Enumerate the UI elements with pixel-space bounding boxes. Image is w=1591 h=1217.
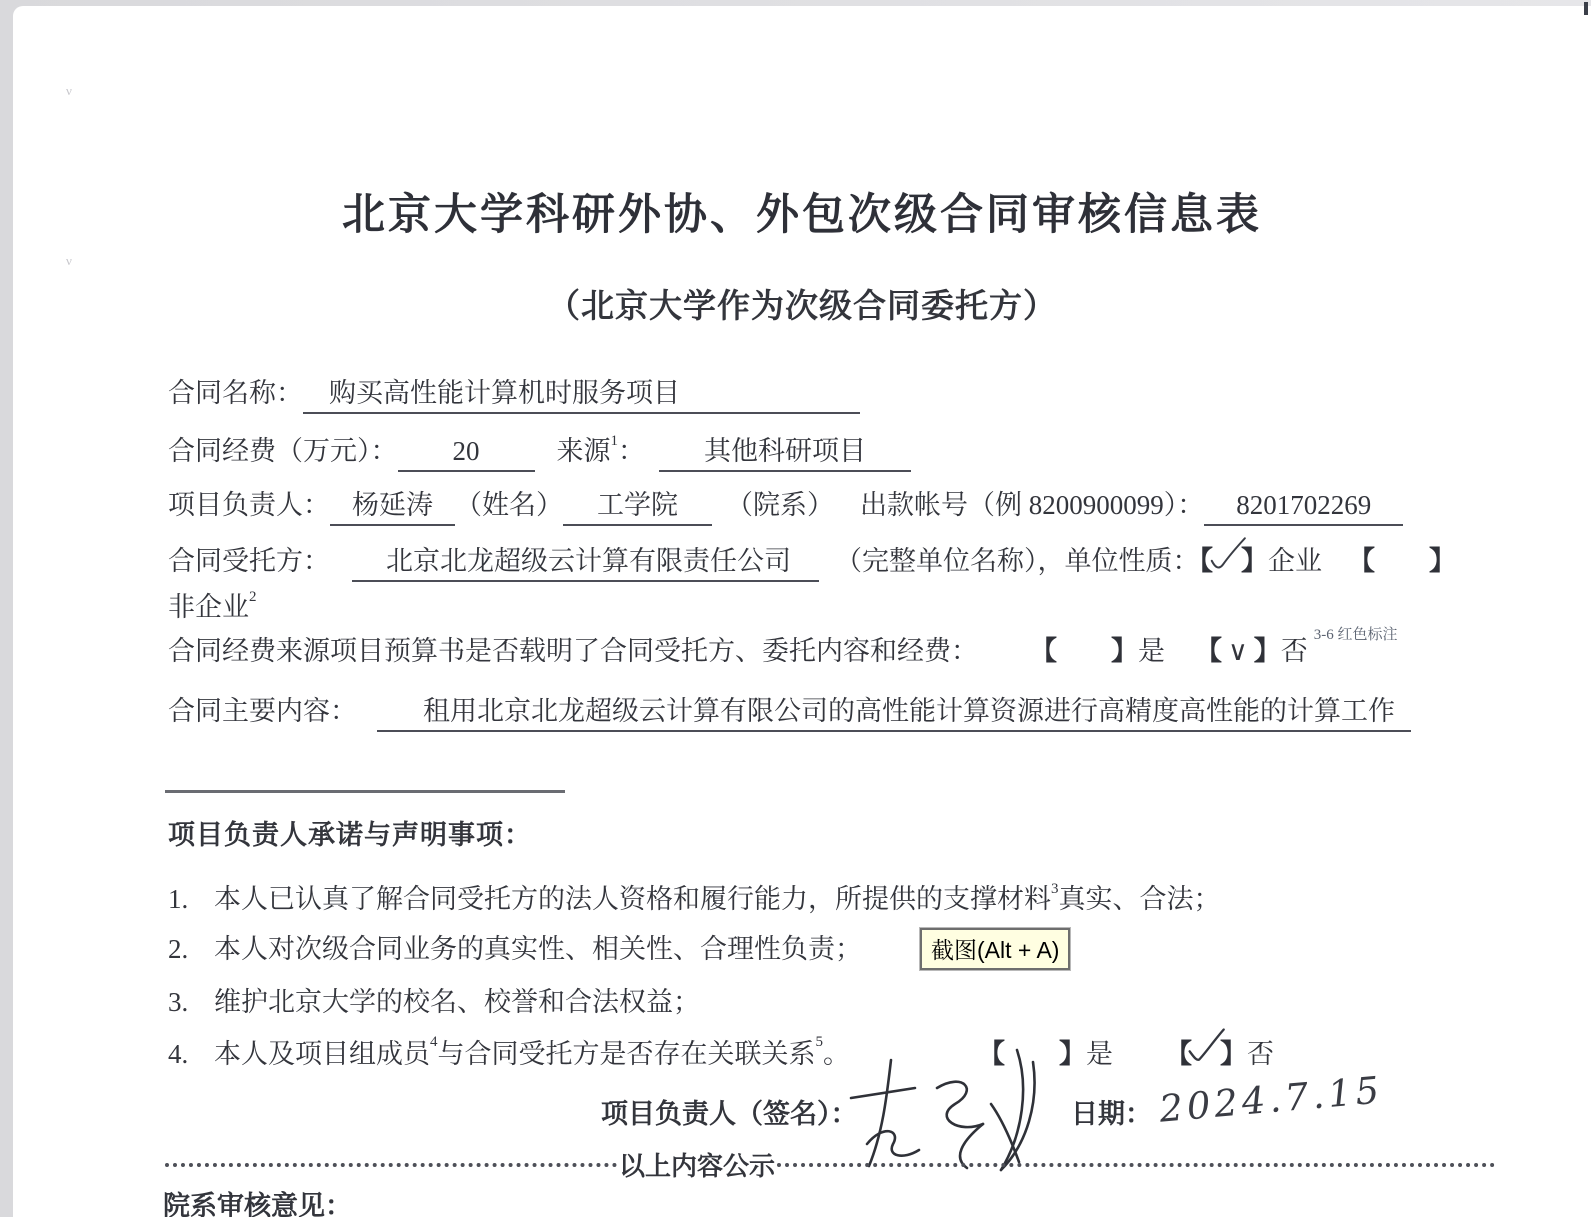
divider-text: 以上内容公示 bbox=[617, 1146, 777, 1183]
footnote-1: 1 bbox=[611, 433, 619, 449]
form-title: 北京大学科研外协、外包次级合同审核信息表 bbox=[13, 188, 1591, 244]
item-number: 4. bbox=[168, 1037, 214, 1072]
funding-source-colon: ： bbox=[618, 436, 645, 466]
funding-amount-value: 20 bbox=[398, 434, 535, 472]
funding-source-value: 其他科研项目 bbox=[659, 434, 911, 472]
main-content-label: 合同主要内容： bbox=[168, 696, 357, 726]
pi-account-value: 8201702269 bbox=[1204, 488, 1403, 526]
contractor-value: 北京北龙超级云计算有限责任公司 bbox=[352, 544, 819, 582]
dept-review-label: 院系审核意见： bbox=[163, 1184, 352, 1217]
item-text: 维护北京大学的校名、校誉和合法权益； bbox=[214, 987, 700, 1017]
screenshot-hotkey-tooltip: 截图(Alt + A) bbox=[920, 928, 1070, 970]
contract-name-value: 购买高性能计算机时服务项目 bbox=[303, 376, 860, 414]
budget-no-bracket-open: 【 bbox=[1195, 636, 1222, 666]
scrollbar-remnant bbox=[1584, 2, 1588, 15]
contract-name-label: 合同名称： bbox=[168, 378, 303, 408]
relation-yes-label: 是 bbox=[1086, 1039, 1113, 1069]
main-content-continuation-line bbox=[165, 764, 565, 793]
declaration-item-4: 4.本人及项目组成员4与合同受托方是否存在关联关系5。【 】是【】否 bbox=[168, 1035, 1274, 1072]
signature-label: 项目负责人（签名）： bbox=[601, 1092, 858, 1131]
non-enterprise-box: 【 】 bbox=[1348, 546, 1456, 576]
red-annotation-note: 3-6 红色标注 bbox=[1314, 627, 1398, 643]
budget-no-bracket-close: 】 bbox=[1254, 636, 1281, 666]
pi-dept-suffix: （院系） bbox=[726, 490, 834, 520]
funding-row: 合同经费（万元）：20来源1：其他科研项目 bbox=[168, 434, 911, 472]
main-content-row: 合同主要内容：租用北京北龙超级云计算有限公司的高性能计算资源进行高精度高性能的计… bbox=[168, 694, 1411, 732]
form-subtitle: （北京大学作为次级合同委托方） bbox=[13, 286, 1591, 329]
contract-name-row: 合同名称：购买高性能计算机时服务项目 bbox=[168, 376, 860, 414]
declaration-item-3: 3.维护北京大学的校名、校誉和合法权益； bbox=[168, 985, 700, 1020]
item-text: 本人及项目组成员 bbox=[214, 1039, 430, 1069]
item-text-mid: 与合同受托方是否存在关联关系 bbox=[438, 1039, 816, 1069]
contractor-label: 合同受托方： bbox=[168, 546, 330, 576]
item-text: 本人已认真了解合同受托方的法人资格和履行能力，所提供的支撑材料 bbox=[214, 884, 1051, 914]
footnote-5: 5 bbox=[816, 1034, 824, 1050]
item-number: 1. bbox=[168, 882, 214, 917]
divider-dots bbox=[165, 1163, 617, 1167]
signature-date-label: 日期： bbox=[1071, 1092, 1152, 1131]
enterprise-option-label: 企业 bbox=[1268, 546, 1322, 576]
declaration-item-1: 1.本人已认真了解合同受托方的法人资格和履行能力，所提供的支撑材料3真实、合法； bbox=[168, 882, 1221, 917]
non-enterprise-option-label: 非企业 bbox=[168, 592, 249, 622]
funding-source-label: 来源 bbox=[557, 436, 611, 466]
item-text: 本人对次级合同业务的真实性、相关性、合理性负责； bbox=[214, 934, 862, 964]
pi-dept-value: 工学院 bbox=[563, 488, 712, 526]
budget-yes-box: 【 】 bbox=[1030, 636, 1138, 666]
publicity-divider: 以上内容公示 bbox=[165, 1146, 1495, 1183]
declaration-heading: 项目负责人承诺与声明事项： bbox=[168, 818, 532, 853]
non-enterprise-row: 非企业2 bbox=[168, 590, 257, 625]
document-page: ν ν 北京大学科研外协、外包次级合同审核信息表 （北京大学作为次级合同委托方）… bbox=[13, 6, 1591, 1217]
scan-artifact: ν bbox=[66, 86, 73, 96]
relation-no-bracket-close: 】 bbox=[1220, 1039, 1247, 1069]
budget-question-text: 合同经费来源项目预算书是否载明了合同受托方、委托内容和经费： bbox=[168, 636, 978, 666]
relation-no-label: 否 bbox=[1247, 1039, 1274, 1069]
divider-dots bbox=[777, 1163, 1495, 1167]
pi-label: 项目负责人： bbox=[168, 490, 330, 520]
pi-name-suffix: （姓名） bbox=[455, 490, 563, 520]
funding-label: 合同经费（万元）： bbox=[168, 436, 398, 466]
item-number: 3. bbox=[168, 985, 214, 1020]
budget-no-label: 否 bbox=[1281, 636, 1308, 666]
footnote-4: 4 bbox=[430, 1034, 438, 1050]
budget-question-row: 合同经费来源项目预算书是否载明了合同受托方、委托内容和经费：【 】是【∨】否3-… bbox=[168, 634, 1398, 669]
contractor-suffix: （完整单位名称），单位性质： bbox=[835, 546, 1200, 576]
item-text-tail: 真实、合法； bbox=[1059, 884, 1221, 914]
declaration-item-2: 2.本人对次级合同业务的真实性、相关性、合理性负责； bbox=[168, 932, 862, 967]
scan-artifact: ν bbox=[66, 256, 73, 266]
budget-no-checkmark: ∨ bbox=[1222, 636, 1254, 666]
main-content-value: 租用北京北龙超级云计算有限公司的高性能计算资源进行高精度高性能的计算工作 bbox=[377, 694, 1411, 732]
footnote-2: 2 bbox=[249, 589, 257, 605]
enterprise-bracket-close: 】 bbox=[1241, 546, 1268, 576]
contractor-row: 合同受托方：北京北龙超级云计算有限责任公司（完整单位名称），单位性质：【】企业【… bbox=[168, 542, 1456, 582]
footnote-3: 3 bbox=[1051, 881, 1059, 897]
item-number: 2. bbox=[168, 932, 214, 967]
pi-name-value: 杨延涛 bbox=[330, 488, 455, 526]
signature-date-value: 2024.7.15 bbox=[1158, 1068, 1385, 1130]
pi-account-label: 出款帐号（例 8200900099）： bbox=[860, 490, 1204, 520]
budget-yes-label: 是 bbox=[1138, 636, 1165, 666]
pi-row: 项目负责人：杨延涛（姓名）工学院（院系）出款帐号（例 8200900099）：8… bbox=[168, 488, 1403, 526]
